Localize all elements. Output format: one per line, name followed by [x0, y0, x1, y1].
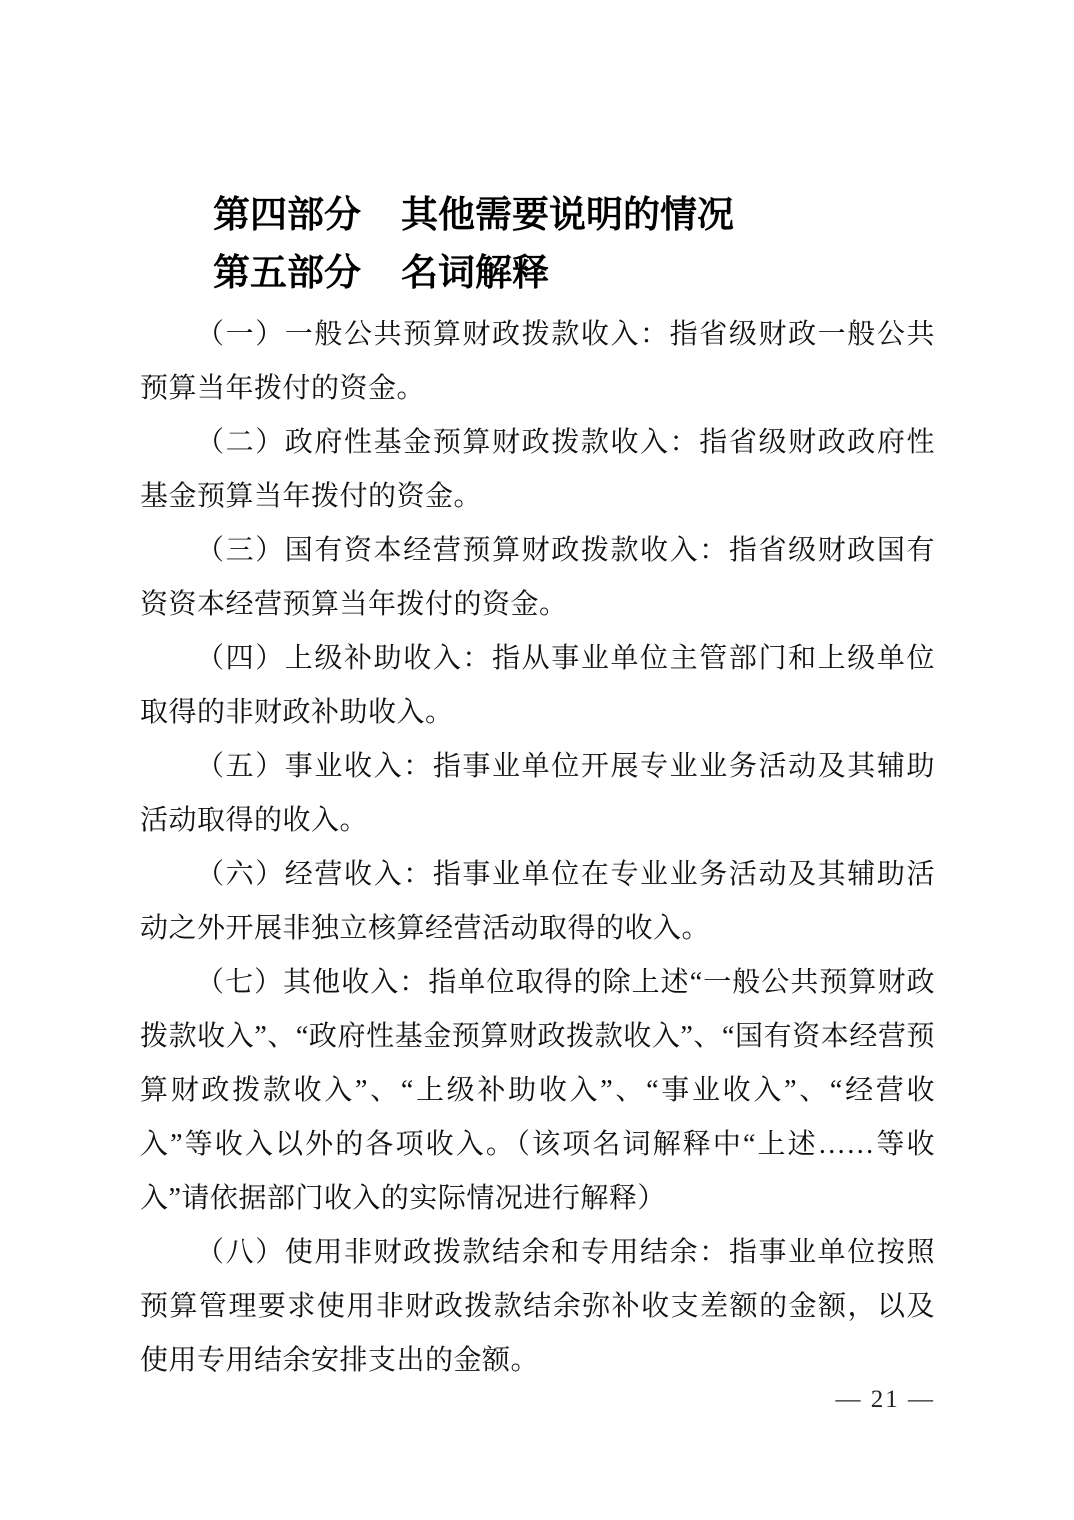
- glossary-paragraph: （五）事业收入：指事业单位开展专业业务活动及其辅助活动取得的收入。: [140, 740, 935, 848]
- glossary-paragraph: （一）一般公共预算财政拨款收入：指省级财政一般公共预算当年拨付的资金。: [140, 308, 935, 416]
- glossary-paragraph: （八）使用非财政拨款结余和专用结余：指事业单位按照预算管理要求使用非财政拨款结余…: [140, 1226, 935, 1388]
- section-heading-part4-title: 其他需要说明的情况: [401, 194, 734, 235]
- document-content: 第四部分其他需要说明的情况 第五部分名词解释 （一）一般公共预算财政拨款收入：指…: [0, 0, 1074, 1388]
- glossary-paragraph-list: （一）一般公共预算财政拨款收入：指省级财政一般公共预算当年拨付的资金。（二）政府…: [140, 308, 935, 1388]
- section-heading-part5-title: 名词解释: [401, 252, 549, 293]
- glossary-paragraph: （三）国有资本经营预算财政拨款收入：指省级财政国有资资本经营预算当年拨付的资金。: [140, 524, 935, 632]
- glossary-paragraph: （七）其他收入：指单位取得的除上述“一般公共预算财政拨款收入”、“政府性基金预算…: [140, 956, 935, 1226]
- section-heading-part4: 第四部分其他需要说明的情况: [140, 186, 935, 244]
- glossary-paragraph: （二）政府性基金预算财政拨款收入：指省级财政政府性基金预算当年拨付的资金。: [140, 416, 935, 524]
- glossary-paragraph: （六）经营收入：指事业单位在专业业务活动及其辅助活动之外开展非独立核算经营活动取…: [140, 848, 935, 956]
- page-number: — 21 —: [836, 1386, 936, 1414]
- section-heading-part5-label: 第五部分: [213, 252, 361, 293]
- section-heading-part5: 第五部分名词解释: [140, 244, 935, 302]
- section-heading-part4-label: 第四部分: [213, 194, 361, 235]
- document-page: 第四部分其他需要说明的情况 第五部分名词解释 （一）一般公共预算财政拨款收入：指…: [0, 0, 1074, 1520]
- glossary-paragraph: （四）上级补助收入：指从事业单位主管部门和上级单位取得的非财政补助收入。: [140, 632, 935, 740]
